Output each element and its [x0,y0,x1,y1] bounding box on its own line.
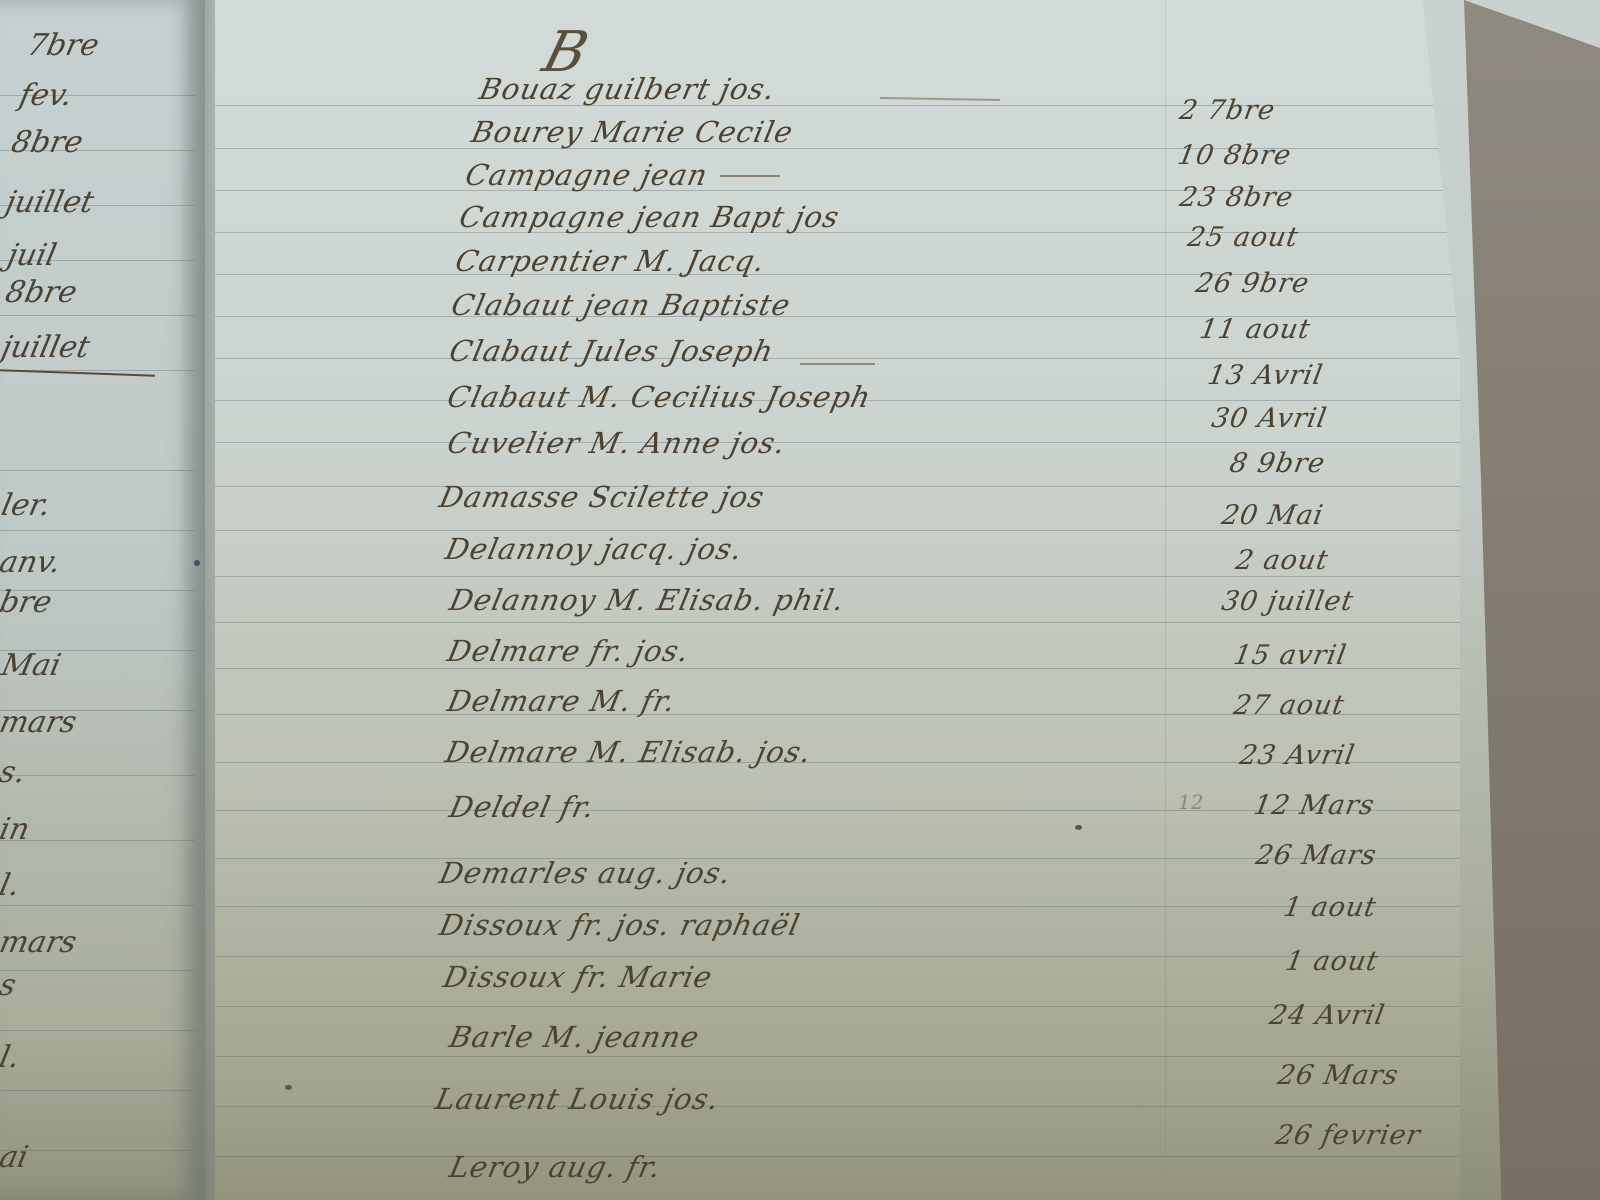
entry-date: 26 Mars [1253,840,1379,871]
left-fragment: bre [0,585,55,620]
entry-date: 27 aout [1231,690,1347,721]
entry-date: 15 avril [1231,640,1349,671]
paper-spot [285,1085,292,1090]
entry-date: 30 Avril [1209,403,1329,434]
entry-date: 24 Avril [1267,1000,1387,1031]
left-fragment: 8bre [2,275,80,310]
entry-name: Demarles aug. jos. [436,856,734,890]
entry-name: Campagne jean Bapt jos [456,200,842,234]
entry-name: Delannoy M. Elisab. phil. [446,583,848,617]
entry-name: Laurent Louis jos. [432,1082,722,1116]
entry-name: Dissoux fr. Marie [440,960,715,994]
left-fragment: anv. [0,545,64,580]
entry-date: 12 Mars [1251,790,1377,821]
entry-date: 1 aout [1283,946,1381,977]
left-fragment: ai [0,1140,31,1175]
entry-date: 11 aout [1197,314,1313,345]
pen-stroke [720,175,780,177]
entry-name: Leroy aug. fr. [446,1150,664,1184]
entry-date: 13 Avril [1205,360,1325,391]
entry-date: 26 9bre [1193,268,1312,299]
left-fragment: l. [0,1040,23,1075]
entry-date: 26 Mars [1275,1060,1401,1091]
entry-date: 20 Mai [1219,500,1326,531]
left-page: 7bre fev. 8bre juillet juil 8bre juillet… [0,0,205,1200]
entry-date: 26 fevrier [1273,1120,1423,1151]
entry-name: Bourey Marie Cecile [468,115,796,149]
entry-name: Damasse Scilette jos [436,480,768,514]
ledger-photo: 7bre fev. 8bre juillet juil 8bre juillet… [0,0,1600,1200]
left-fragment: fev. [16,78,75,113]
left-fragment: s. [0,755,29,790]
left-fragment: juillet [2,185,97,220]
left-fragment: ler. [0,488,54,523]
entry-name: Delmare M. fr. [444,684,679,718]
entry-date: 10 8bre [1175,140,1294,171]
entry-date: 8 9bre [1227,448,1328,479]
entry-name: Bouaz guilbert jos. [476,72,778,106]
paper-spot [1075,825,1082,830]
entry-name: Clabaut M. Cecilius Joseph [444,380,874,414]
entry-name: Clabaut Jules Joseph [446,334,777,368]
margin-note: 12 [1178,790,1203,814]
entry-date: 25 aout [1185,222,1301,253]
entry-name: Delmare M. Elisab. jos. [442,735,815,769]
entry-date: 1 aout [1281,892,1379,923]
entry-name: Delannoy jacq. jos. [442,532,746,566]
entry-name: Delmare fr. jos. [444,634,692,668]
left-fragment: 7bre [24,28,102,63]
entry-date: 2 7bre [1177,95,1278,126]
left-fragment: s [0,968,19,1003]
entry-name: Clabaut jean Baptiste [448,288,794,322]
left-fragment: juil [4,238,59,273]
entry-name: Deldel fr. [446,790,598,824]
entry-name: Barle M. jeanne [446,1020,702,1054]
left-fragment: mars [0,925,80,960]
entry-date: 23 8bre [1177,182,1296,213]
left-fragment: in [0,812,33,847]
left-fragment: mars [0,705,80,740]
entry-name: Carpentier M. Jacq. [452,244,768,278]
left-fragment: l. [0,868,23,903]
pen-stroke [800,363,875,365]
entry-name: Dissoux fr. jos. raphaël [436,908,803,942]
left-fragment: 8bre [8,125,86,160]
left-fragment: Mai [0,648,64,683]
left-fragment: juillet [0,330,93,365]
entry-date: 30 juillet [1219,586,1356,617]
entry-date: 23 Avril [1237,740,1357,771]
entry-name: Cuvelier M. Anne jos. [444,426,789,460]
entry-date: 2 aout [1233,545,1331,576]
entry-name: Campagne jean [462,158,711,192]
